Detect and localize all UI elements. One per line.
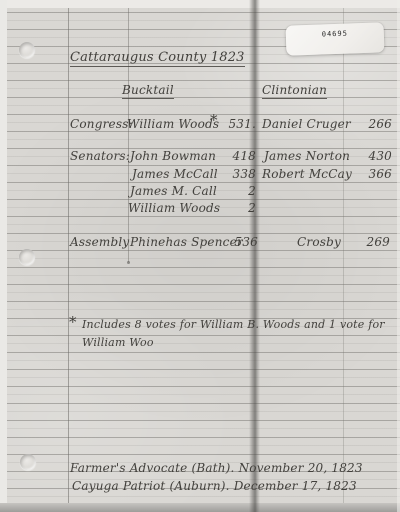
- vote-count: 2: [224, 201, 256, 215]
- vote-count: 430: [360, 149, 392, 163]
- scanned-ledger-page: 04695 Cattaraugus County 1823 Bucktail C…: [0, 0, 400, 512]
- candidate-name: William Woods: [127, 117, 219, 131]
- candidate-name: James M. Call: [130, 184, 217, 198]
- column-header-bucktail: Bucktail: [122, 83, 174, 99]
- vote-count: 536: [226, 235, 258, 249]
- column-header-clintonian: Clintonian: [262, 83, 327, 99]
- candidate-name: James Norton: [264, 149, 350, 163]
- office-label: Senators:: [70, 149, 130, 163]
- vote-count: 338: [224, 167, 256, 181]
- vote-count: 531.: [224, 117, 256, 131]
- office-label: Congress:: [70, 117, 133, 131]
- vote-count: 269: [358, 235, 390, 249]
- candidate-name: James McCall: [132, 167, 218, 181]
- page-title: Cattaraugus County 1823: [70, 50, 245, 67]
- vote-count: 2: [224, 184, 256, 198]
- source-citation: Cayuga Patriot (Auburn). December 17, 18…: [72, 479, 357, 493]
- candidate-name: John Bowman: [130, 149, 216, 163]
- candidate-name: Robert McCay: [262, 167, 352, 181]
- candidate-name: Crosby: [297, 235, 341, 249]
- footnote-line-1: Includes 8 votes for William B. Woods an…: [82, 318, 385, 331]
- candidate-name: Daniel Cruger: [262, 117, 351, 131]
- office-label: Assembly: [70, 235, 129, 249]
- source-citation: Farmer's Advocate (Bath). November 20, 1…: [70, 461, 363, 475]
- asterisk-mark: *: [210, 115, 218, 125]
- footnote-line-2: William Woo: [82, 336, 154, 349]
- candidate-name: William Woods: [128, 201, 220, 215]
- vote-count: 366: [360, 167, 392, 181]
- vote-count: 266: [360, 117, 392, 131]
- handwriting-layer: Cattaraugus County 1823 Bucktail Clinton…: [0, 0, 400, 512]
- footnote-asterisk: *: [69, 317, 77, 327]
- vote-count: 418: [224, 149, 256, 163]
